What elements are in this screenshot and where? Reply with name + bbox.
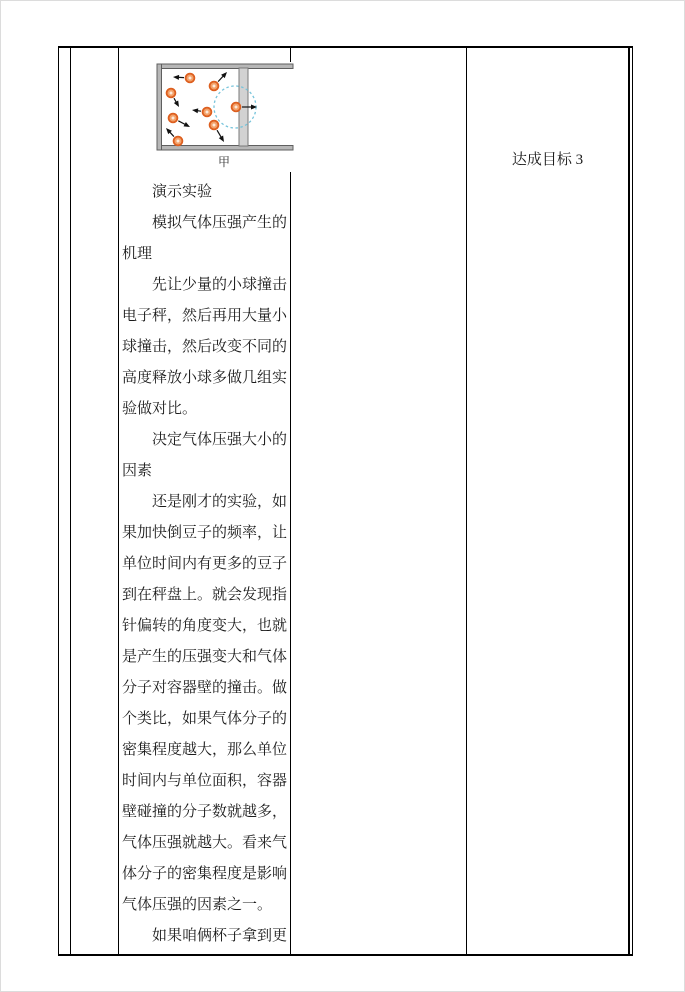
table-border-left-outer bbox=[58, 46, 59, 956]
table-border-col1 bbox=[70, 46, 71, 956]
text-line: 个类比，如果气体分子的 bbox=[122, 704, 288, 735]
arrowhead-icon bbox=[173, 75, 179, 80]
text-line: 决定气体压强大小的 bbox=[122, 425, 288, 456]
text-line: 果加快倒豆子的频率，让 bbox=[122, 518, 288, 549]
molecule-core-icon bbox=[213, 85, 216, 88]
goal-cell: 达成目标 3 bbox=[467, 148, 628, 172]
figure-caption: 甲 bbox=[152, 152, 296, 172]
gas-molecules-figure: 甲 bbox=[152, 62, 296, 172]
text-line: 高度释放小球多做几组实 bbox=[122, 363, 288, 394]
goal-text: 达成目标 3 bbox=[512, 152, 583, 168]
table-border-bottom bbox=[58, 954, 633, 956]
text-line: 先让少量的小球撞击 bbox=[122, 270, 288, 301]
text-line: 验做对比。 bbox=[122, 394, 288, 425]
table-border-top bbox=[58, 46, 633, 48]
text-line: 因素 bbox=[122, 456, 288, 487]
text-line: 时间内与单位面积，容器 bbox=[122, 766, 288, 797]
arrowhead-icon bbox=[192, 108, 198, 113]
text-line: 分子对容器壁的撞击。做 bbox=[122, 673, 288, 704]
text-line: 机理 bbox=[122, 239, 288, 270]
molecule-core-icon bbox=[213, 124, 216, 127]
text-line: 体分子的密集程度是影响 bbox=[122, 859, 288, 890]
text-line: 气体压强的因素之一。 bbox=[122, 890, 288, 921]
text-line: 演示实验 bbox=[122, 177, 288, 208]
gas-figure-svg bbox=[152, 62, 296, 152]
text-line: 气体压强就越大。看来气 bbox=[122, 828, 288, 859]
text-line: 电子秤，然后再用大量小 bbox=[122, 301, 288, 332]
molecule-core-icon bbox=[170, 92, 173, 95]
text-line: 壁碰撞的分子数就越多， bbox=[122, 797, 288, 828]
text-line: 如果咱俩杯子拿到更 bbox=[122, 921, 288, 952]
text-line: 还是刚才的实验，如 bbox=[122, 487, 288, 518]
text-line: 到在秤盘上。就会发现指 bbox=[122, 580, 288, 611]
text-line: 是产生的压强变大和气体 bbox=[122, 642, 288, 673]
text-line: 单位时间内有更多的豆子 bbox=[122, 549, 288, 580]
table-border-col3 bbox=[290, 46, 291, 956]
text-line: 密集程度越大，那么单位 bbox=[122, 735, 288, 766]
molecule-core-icon bbox=[206, 111, 209, 114]
text-line: 模拟气体压强产生的 bbox=[122, 208, 288, 239]
molecule-core-icon bbox=[235, 106, 238, 109]
molecule-core-icon bbox=[189, 77, 192, 80]
text-line: 针偏转的角度变大，也就 bbox=[122, 611, 288, 642]
table-border-right-outer bbox=[632, 46, 633, 956]
molecule-core-icon bbox=[172, 117, 175, 120]
text-line: 球撞击，然后改变不同的 bbox=[122, 332, 288, 363]
table-border-col4 bbox=[466, 46, 467, 956]
table-border-col2 bbox=[118, 46, 119, 956]
table-border-right-inner bbox=[628, 46, 630, 956]
molecule-core-icon bbox=[177, 140, 180, 143]
main-text-column: 演示实验模拟气体压强产生的机理先让少量的小球撞击电子秤，然后再用大量小球撞击，然… bbox=[122, 177, 288, 952]
